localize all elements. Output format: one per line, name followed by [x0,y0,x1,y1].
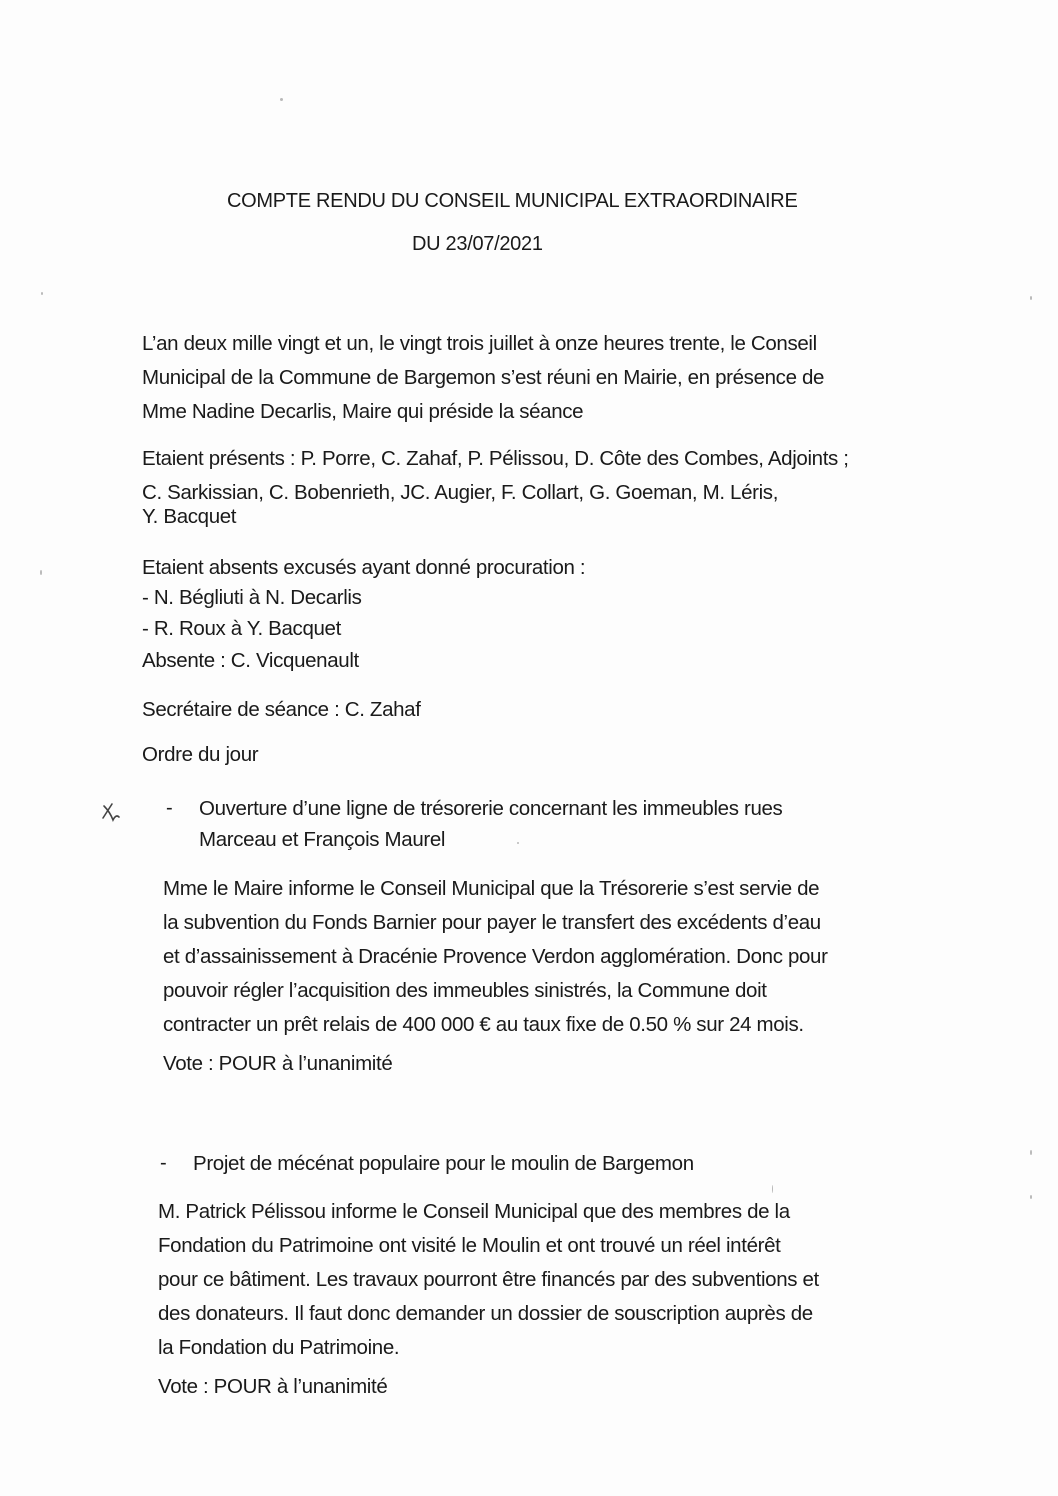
scan-speck [1030,1195,1032,1199]
agenda-heading: Ordre du jour [142,743,258,767]
scan-speck [1030,1150,1032,1155]
document-date: DU 23/07/2021 [412,233,543,256]
agenda-item-body: Mme le Maire informe le Conseil Municipa… [163,877,819,901]
agenda-item-body: pouvoir régler l’acquisition des immeubl… [163,979,767,1003]
agenda-item-body: et d’assainissement à Dracénie Provence … [163,945,828,969]
agenda-item-vote: Vote : POUR à l’unanimité [158,1375,387,1399]
presents-line: Etaient présents : P. Porre, C. Zahaf, P… [142,447,849,471]
agenda-item-heading: Ouverture d’une ligne de trésorerie conc… [199,797,782,821]
intro-line: Municipal de la Commune de Bargemon s’es… [142,366,824,390]
presents-line: C. Sarkissian, C. Bobenrieth, JC. Augier… [142,481,778,505]
scan-speck [772,1185,773,1193]
agenda-bullet: - [166,797,173,820]
agenda-item-heading: Projet de mécénat populaire pour le moul… [193,1152,694,1176]
secretary-line: Secrétaire de séance : C. Zahaf [142,698,421,722]
agenda-item-vote: Vote : POUR à l’unanimité [163,1052,392,1076]
absents-line: Absente : C. Vicquenault [142,649,359,673]
handwritten-check-icon [100,796,126,826]
agenda-item-heading: Marceau et François Maurel [199,828,445,852]
scan-speck [40,570,42,575]
scan-speck [41,292,43,295]
absents-line: - R. Roux à Y. Bacquet [142,617,341,641]
agenda-item-body: des donateurs. Il faut donc demander un … [158,1302,813,1326]
agenda-item-body: contracter un prêt relais de 400 000 € a… [163,1013,804,1037]
presents-line: Y. Bacquet [142,505,236,529]
agenda-item-body: Fondation du Patrimoine ont visité le Mo… [158,1234,781,1258]
absents-line: Etaient absents excusés ayant donné proc… [142,556,585,580]
document-title: COMPTE RENDU DU CONSEIL MUNICIPAL EXTRAO… [227,190,797,213]
absents-line: - N. Bégliuti à N. Decarlis [142,586,362,610]
intro-line: Mme Nadine Decarlis, Maire qui préside l… [142,400,583,424]
agenda-item-body: la subvention du Fonds Barnier pour paye… [163,911,821,935]
scan-speck [280,98,283,101]
agenda-item-body: la Fondation du Patrimoine. [158,1336,399,1360]
scan-speck [517,842,519,844]
scanned-document-page: COMPTE RENDU DU CONSEIL MUNICIPAL EXTRAO… [0,0,1058,1496]
agenda-item-body: pour ce bâtiment. Les travaux pourront ê… [158,1268,819,1292]
scan-speck [1030,296,1032,300]
agenda-bullet: - [160,1152,167,1175]
agenda-item-body: M. Patrick Pélissou informe le Conseil M… [158,1200,790,1224]
intro-line: L’an deux mille vingt et un, le vingt tr… [142,332,817,356]
